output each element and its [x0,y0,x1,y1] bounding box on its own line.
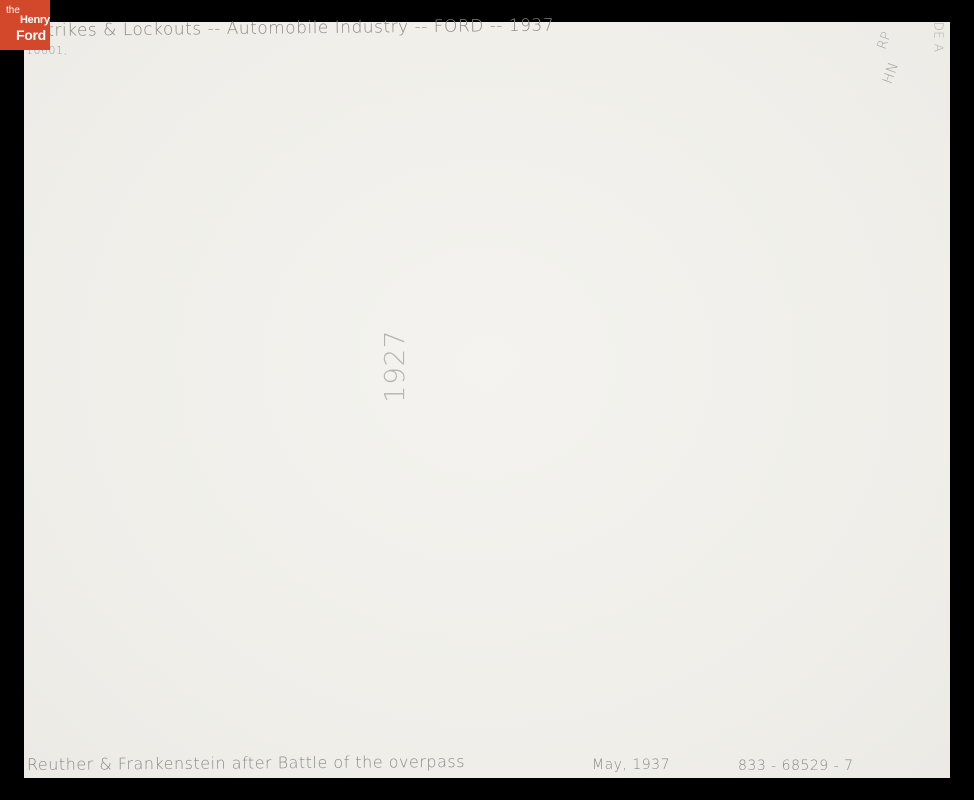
henry-ford-logo: the Henry Ford [0,0,50,50]
handwritten-catalog-id: 833 - 68529 - 7 [738,758,854,774]
handwritten-caption: Reuther & Frankenstein after Battle of t… [27,752,465,774]
handwritten-rotated-number: 1927 [378,330,411,403]
logo-text-henry: Henry [20,14,50,26]
handwritten-date: May, 1937 [592,757,670,773]
handwritten-corner-mark-de: DE A [931,22,945,53]
photo-print-back [24,22,950,778]
logo-text-ford: Ford [16,27,46,43]
logo-text-the: the [6,5,20,16]
